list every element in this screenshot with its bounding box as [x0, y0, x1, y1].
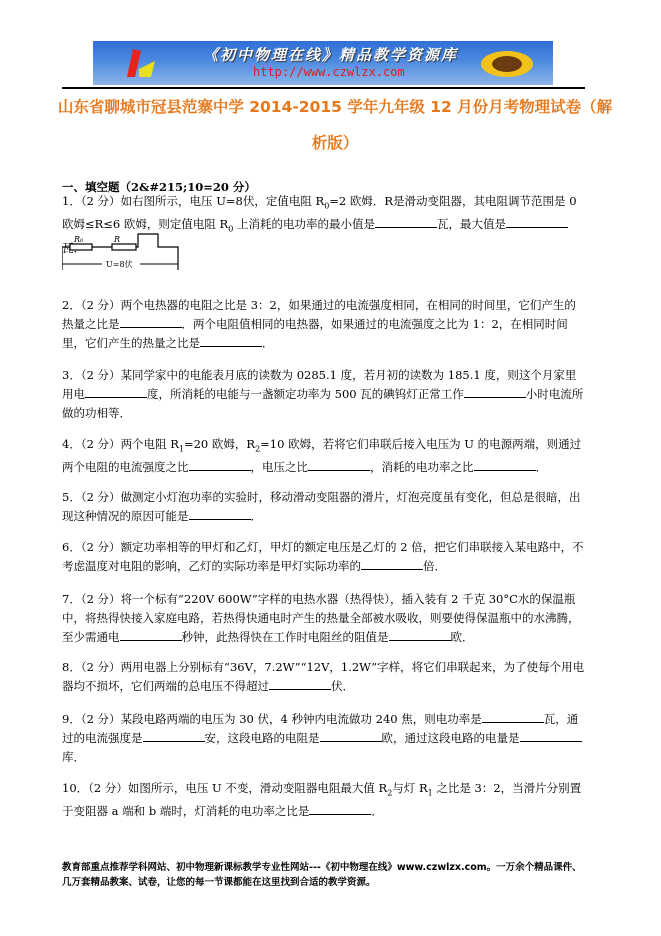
question-9: 9．（2 分）某段电路两端的电压为 30 伏，4 秒钟内电流做功 240 焦，则… [62, 710, 587, 767]
document-title-line1: 山东省聊城市冠县范寨中学 2014-2015 学年九年级 12 月份月考物理试卷… [55, 95, 615, 117]
answer-blank[interactable] [506, 215, 568, 228]
question-10: 10．（2 分）如图所示，电压 U 不变，滑动变阻器电阻最大值 R2与灯 R1 … [62, 779, 587, 821]
question-7: 7．（2 分）将一个标有“220V 600W”字样的电热水器（热得快），插入装有… [62, 590, 587, 647]
sunflower-icon [477, 49, 533, 79]
answer-blank[interactable] [474, 458, 536, 471]
header-divider [62, 87, 585, 89]
svg-text:R: R [113, 235, 120, 244]
question-4: 4．（2 分）两个电阻 R1=20 欧姆，R2=10 欧姆，若将它们串联后接入电… [62, 435, 587, 477]
answer-blank[interactable] [482, 710, 544, 723]
question-3: 3．（2 分）某同学家中的电能表月底的读数为 0285.1 度，若月初的读数为 … [62, 366, 587, 423]
circuit-diagram-icon: R₀ R U=8伏 [62, 232, 182, 272]
answer-blank[interactable] [361, 557, 423, 570]
answer-blank[interactable] [375, 215, 437, 228]
footer-line1: 教育部重点推荐学科网站、初中物理新课标教学专业性网站---《初中物理在线》www… [62, 860, 602, 875]
question-2: 2．（2 分）两个电热器的电阻之比是 3：2，如果通过的电流强度相同，在相同的时… [62, 296, 587, 353]
answer-blank[interactable] [269, 677, 331, 690]
answer-blank[interactable] [189, 507, 251, 520]
footer-line2: 几万套精品教案、试卷，让您的每一节课都能在这里找到合适的教学资源。 [62, 875, 602, 890]
header-banner: 《初中物理在线》精品教学资源库 http://www.czwlzx.com [93, 41, 553, 85]
answer-blank[interactable] [309, 802, 371, 815]
answer-blank[interactable] [120, 315, 182, 328]
answer-blank[interactable] [85, 385, 147, 398]
question-5: 5．（2 分）做测定小灯泡功率的实验时，移动滑动变阻器的滑片，灯泡亮度虽有变化，… [62, 488, 587, 526]
page-footer: 教育部重点推荐学科网站、初中物理新课标教学专业性网站---《初中物理在线》www… [62, 860, 602, 890]
document-title-line2: 析版） [55, 131, 615, 153]
logo-icon [123, 47, 163, 81]
answer-blank[interactable] [308, 458, 370, 471]
answer-blank[interactable] [520, 729, 582, 742]
question-6: 6．（2 分）额定功率相等的甲灯和乙灯，甲灯的额定电压是乙灯的 2 倍，把它们串… [62, 538, 587, 576]
question-8: 8．（2 分）两用电器上分别标有“36V，7.2W”“12V，1.2W”字样，将… [62, 658, 587, 696]
answer-blank[interactable] [389, 628, 451, 641]
answer-blank[interactable] [320, 729, 382, 742]
answer-blank[interactable] [143, 729, 205, 742]
answer-blank[interactable] [200, 334, 262, 347]
svg-text:R₀: R₀ [73, 235, 84, 244]
banner-url[interactable]: http://www.czwlzx.com [253, 65, 405, 79]
svg-text:U=8伏: U=8伏 [106, 259, 133, 269]
answer-blank[interactable] [120, 628, 182, 641]
answer-blank[interactable] [464, 385, 526, 398]
banner-title: 《初中物理在线》精品教学资源库 [203, 44, 458, 65]
answer-blank[interactable] [189, 458, 251, 471]
